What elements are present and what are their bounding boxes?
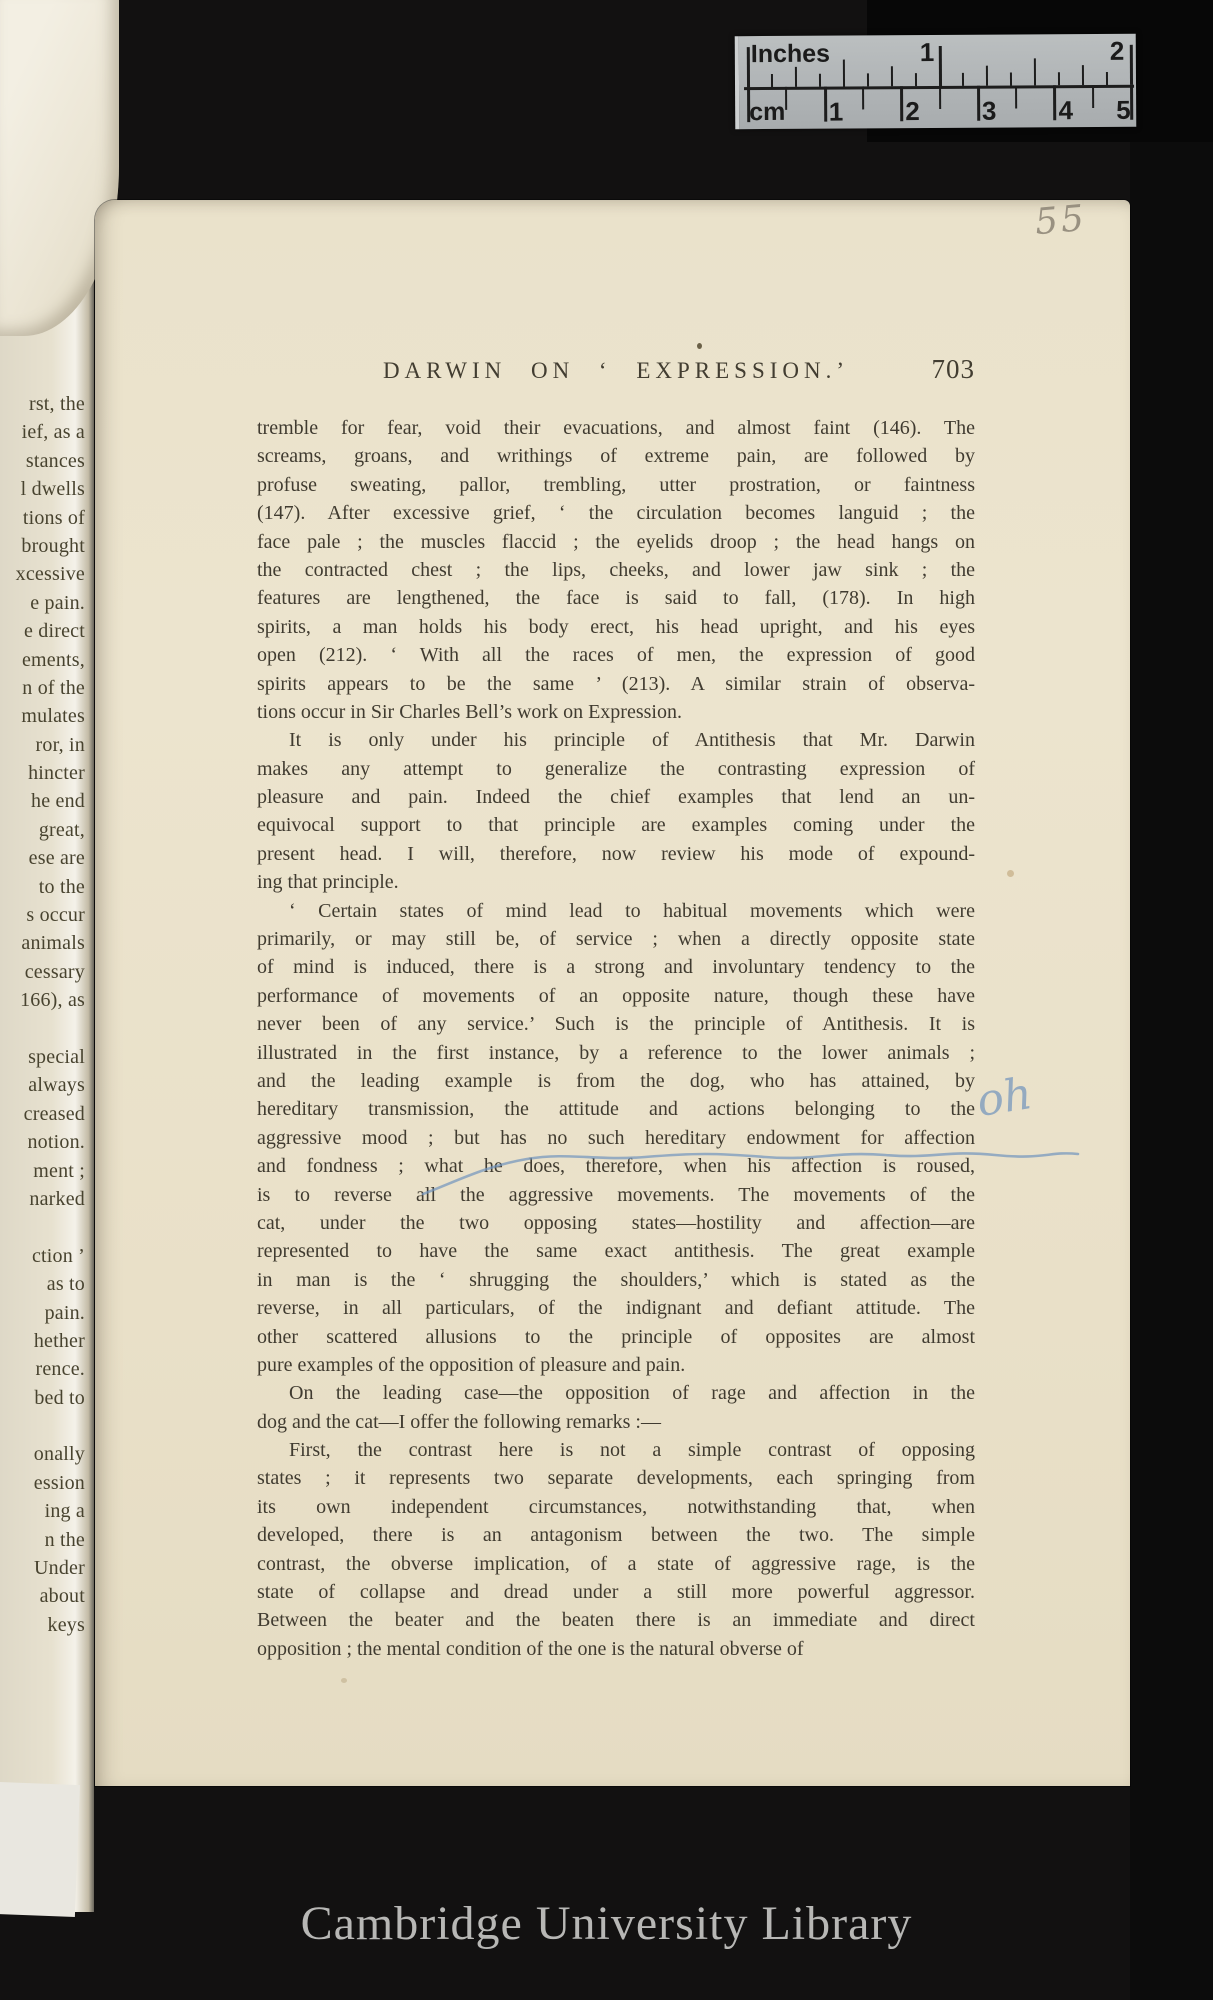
ruler-cm-number: 4 <box>1058 95 1073 126</box>
facing-text-fragment: pain. <box>0 1299 85 1327</box>
facing-text-fragment: special <box>0 1043 85 1071</box>
text-line: reverse, in all particulars, of the indi… <box>257 1294 975 1322</box>
ruler: Inches cm 1212345 <box>735 34 1137 129</box>
handwritten-margin-mark: oh <box>973 1068 1035 1127</box>
ruler-tick <box>891 66 893 86</box>
text-line: states ; it represents two separate deve… <box>257 1464 975 1492</box>
paper-stain <box>1007 870 1014 877</box>
text-line: illustrated in the first instance, by a … <box>257 1039 975 1067</box>
ruler-tick <box>1130 45 1133 85</box>
facing-text-fragment <box>0 1213 85 1241</box>
ruler-tick <box>819 74 821 87</box>
ruler-tick <box>939 86 941 109</box>
text-line: and the leading example is from the dog,… <box>257 1067 975 1095</box>
ruler-tick <box>785 87 787 110</box>
text-line: It is only under his principle of Antith… <box>257 726 975 754</box>
text-line: pleasure and pain. Indeed the chief exam… <box>257 783 975 811</box>
paragraph: tremble for fear, void their evacuations… <box>257 414 975 726</box>
ruler-cm-number: 5 <box>1116 95 1131 126</box>
text-line: tions occur in Sir Charles Bell’s work o… <box>257 698 975 726</box>
text-line: contrast, the obverse implication, of a … <box>257 1550 975 1578</box>
facing-text-fragment: he end <box>0 787 85 815</box>
facing-text-fragment: to the <box>0 873 85 901</box>
handwritten-folio-number: 55 <box>1033 198 1088 243</box>
facing-text-fragment: narked <box>0 1185 85 1213</box>
facing-text-fragment: as to <box>0 1270 85 1298</box>
facing-text-fragment: 166), as <box>0 986 85 1014</box>
facing-text-fragment: always <box>0 1071 85 1099</box>
ruler-tick <box>1034 58 1036 85</box>
ruler-tick <box>824 87 827 122</box>
text-line: Between the beater and the beaten there … <box>257 1606 975 1634</box>
text-line: performance of movements of an opposite … <box>257 982 975 1010</box>
ruler-tick <box>938 46 941 86</box>
facing-text-fragment <box>0 1015 85 1043</box>
facing-text-fragment: rst, the <box>0 390 85 418</box>
facing-text-fragment: ment ; <box>0 1157 85 1185</box>
facing-text-fragment: n the <box>0 1526 85 1554</box>
paragraph: First, the contrast here is not a simple… <box>257 1436 975 1663</box>
running-header: DARWIN ON ‘ EXPRESSION.’ 703 <box>257 358 975 392</box>
facing-text-fragment: xcessive <box>0 560 85 588</box>
ruler-tick <box>1015 86 1017 109</box>
ruler-tick <box>771 74 773 87</box>
facing-text-fragment: ese are <box>0 844 85 872</box>
text-line: First, the contrast here is not a simple… <box>257 1436 975 1464</box>
photo-backdrop: rst, theief, as astancesl dwellstions of… <box>0 0 1213 2000</box>
facing-page-fragments: rst, theief, as astancesl dwellstions of… <box>0 390 85 1639</box>
text-line: equivocal support to that principle are … <box>257 811 975 839</box>
facing-text-fragment: ief, as a <box>0 418 85 446</box>
ruler-cm-number: 3 <box>982 96 997 127</box>
text-line: hereditary transmission, the attitude an… <box>257 1095 975 1123</box>
text-line: cat, under the two opposing states—hosti… <box>257 1209 975 1237</box>
scan-page: 55 DARWIN ON ‘ EXPRESSION.’ 703 tremble … <box>95 200 1130 1786</box>
ruler-tick <box>1106 72 1108 85</box>
facing-text-fragment <box>0 1412 85 1440</box>
facing-text-fragment: hether <box>0 1327 85 1355</box>
ruler-cm-number: 2 <box>905 96 920 127</box>
text-line: pure examples of the opposition of pleas… <box>257 1351 975 1379</box>
page-title: DARWIN ON ‘ EXPRESSION.’ <box>257 358 975 384</box>
ruler-tick <box>843 60 845 87</box>
facing-text-fragment: about <box>0 1582 85 1610</box>
facing-text-fragment: s occur <box>0 901 85 929</box>
text-line: present head. I will, therefore, now rev… <box>257 840 975 868</box>
ruler-tick <box>1092 85 1094 108</box>
text-line: developed, there is an antagonism betwee… <box>257 1521 975 1549</box>
text-line: never been of any service.’ Such is the … <box>257 1010 975 1038</box>
ruler-tick <box>1053 85 1056 120</box>
paragraph: ‘ Certain states of mind lead to habitua… <box>257 897 975 1380</box>
facing-text-fragment: hincter <box>0 759 85 787</box>
text-line: state of collapse and dread under a stil… <box>257 1578 975 1606</box>
text-line: open (212). ‘ With all the races of men,… <box>257 641 975 669</box>
text-line: dog and the cat—I offer the following re… <box>257 1408 975 1436</box>
text-line: and fondness ; what he does, therefore, … <box>257 1152 975 1180</box>
text-line: spirits, a man holds his body erect, his… <box>257 613 975 641</box>
facing-text-fragment: tions of <box>0 504 85 532</box>
facing-text-fragment: brought <box>0 532 85 560</box>
facing-text-fragment: great, <box>0 816 85 844</box>
text-line: On the leading case—the opposition of ra… <box>257 1379 975 1407</box>
paper-stain <box>341 1678 347 1683</box>
text-line: profuse sweating, pallor, trembling, utt… <box>257 471 975 499</box>
text-line: aggressive mood ; but has no such heredi… <box>257 1124 975 1152</box>
facing-text-fragment: ing a <box>0 1497 85 1525</box>
ruler-cm-number: 1 <box>829 97 844 128</box>
facing-text-fragment: notion. <box>0 1128 85 1156</box>
ruler-tick <box>1010 73 1012 86</box>
text-line: face pale ; the muscles flaccid ; the ey… <box>257 528 975 556</box>
ruler-tick <box>977 86 980 121</box>
ruler-tick <box>900 86 903 121</box>
ruler-tick <box>747 87 750 122</box>
text-line: represented to have the same exact antit… <box>257 1237 975 1265</box>
facing-text-fragment: Under <box>0 1554 85 1582</box>
facing-text-fragment: animals <box>0 929 85 957</box>
text-line: primarily, or may still be, of service ;… <box>257 925 975 953</box>
text-line: in man is the ‘ shrugging the shoulders,… <box>257 1266 975 1294</box>
facing-text-fragment: e pain. <box>0 589 85 617</box>
facing-text-fragment: ror, in <box>0 731 85 759</box>
ruler-tick <box>962 73 964 86</box>
ruler-tick <box>747 47 750 87</box>
facing-text-fragment: ction ’ <box>0 1242 85 1270</box>
ruler-tick <box>986 66 988 86</box>
facing-text-fragment: bed to <box>0 1384 85 1412</box>
facing-text-fragment: ements, <box>0 646 85 674</box>
text-line: features are lengthened, the face is sai… <box>257 584 975 612</box>
ruler-tick <box>795 67 797 87</box>
ruler-inches-label: Inches <box>751 40 830 69</box>
ruler-tick <box>1058 72 1060 85</box>
library-watermark: Cambridge University Library <box>0 1896 1213 1951</box>
ruler-face: Inches cm 1212345 <box>739 34 1137 129</box>
paper-stain <box>697 343 702 349</box>
text-line: spirits appears to be the same ’ (213). … <box>257 670 975 698</box>
facing-text-fragment: l dwells <box>0 475 85 503</box>
ruler-inch-number: 2 <box>1110 36 1125 67</box>
facing-text-fragment: onally <box>0 1440 85 1468</box>
text-line: ing that principle. <box>257 868 975 896</box>
facing-text-fragment: ession <box>0 1469 85 1497</box>
facing-text-fragment: mulates <box>0 702 85 730</box>
ruler-inch-number: 1 <box>920 37 935 68</box>
text-line: other scattered allusions to the princip… <box>257 1323 975 1351</box>
ruler-tick <box>867 73 869 86</box>
paragraph: It is only under his principle of Antith… <box>257 726 975 896</box>
facing-text-fragment: cessary <box>0 958 85 986</box>
page-number: 703 <box>932 354 976 385</box>
facing-text-fragment: keys <box>0 1611 85 1639</box>
text-line: the contracted chest ; the lips, cheeks,… <box>257 556 975 584</box>
facing-text-fragment: creased <box>0 1100 85 1128</box>
text-line: ‘ Certain states of mind lead to habitua… <box>257 897 975 925</box>
facing-text-fragment: stances <box>0 447 85 475</box>
text-line: its own independent circumstances, notwi… <box>257 1493 975 1521</box>
facing-text-fragment: e direct <box>0 617 85 645</box>
ruler-cm-label: cm <box>749 98 785 127</box>
text-line: is to reverse all the aggressive movemen… <box>257 1181 975 1209</box>
body-text: tremble for fear, void their evacuations… <box>257 414 975 1663</box>
text-line: screams, groans, and writhings of extrem… <box>257 442 975 470</box>
facing-text-fragment: n of the <box>0 674 85 702</box>
text-line: tremble for fear, void their evacuations… <box>257 414 975 442</box>
text-line: opposition ; the mental condition of the… <box>257 1635 975 1663</box>
text-line: of mind is induced, there is a strong an… <box>257 953 975 981</box>
backdrop-right-band <box>1130 0 1213 2000</box>
ruler-tick <box>915 73 917 86</box>
facing-text-fragment: rence. <box>0 1355 85 1383</box>
text-line: (147). After excessive grief, ‘ the circ… <box>257 499 975 527</box>
ruler-tick <box>1082 65 1084 85</box>
text-line: makes any attempt to generalize the cont… <box>257 755 975 783</box>
ruler-tick <box>862 86 864 109</box>
paragraph: On the leading case—the opposition of ra… <box>257 1379 975 1436</box>
